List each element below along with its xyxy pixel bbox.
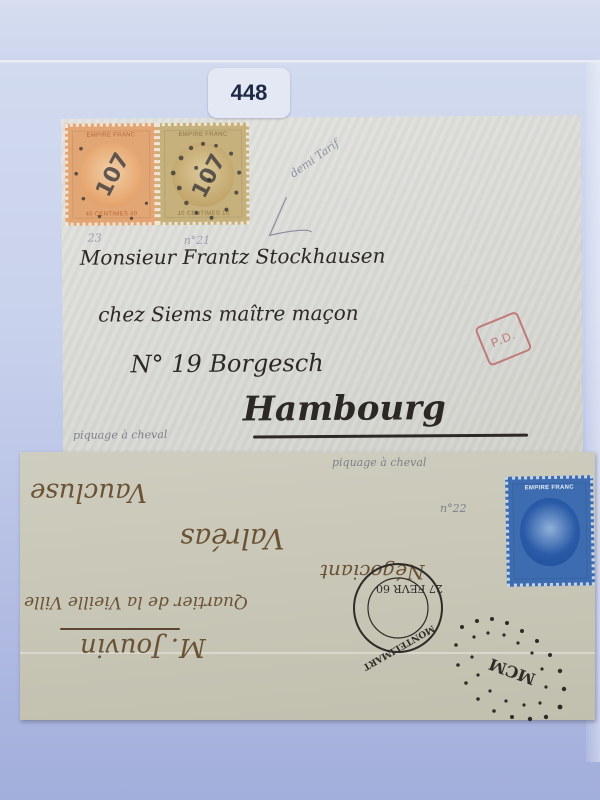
stamp-bottom-label: 40 CENTIMES 40 — [68, 211, 154, 218]
address-line-3: N° 19 Borgesch — [130, 349, 323, 378]
red-boxed-mark: P.D. — [474, 311, 533, 367]
inverted-address-line: Valréas — [180, 522, 284, 555]
stamp-bistre-10c: EMPIRE FRANC 10 CENTIMES 10 107 — [157, 123, 250, 226]
stamp-orange-40c: EMPIRE FRANC 40 CENTIMES 40 107 — [65, 123, 158, 226]
stamp-top-label: EMPIRE FRANC — [160, 132, 246, 139]
album-sleeve-top — [0, 0, 600, 63]
sleeve-edge — [0, 60, 600, 63]
inverted-address-line: M. Jouvin — [80, 632, 206, 662]
address-line-1: Monsieur Frantz Stockhausen — [80, 244, 386, 270]
stamp-blue-20c: EMPIRE FRANC — [505, 475, 595, 587]
pencil-note: 23 — [88, 232, 102, 245]
pencil-note: n°22 — [440, 502, 467, 515]
stamp-top-label: EMPIRE FRANC — [68, 132, 154, 139]
inverted-address-line: Quartier de la Vieille Ville — [24, 592, 248, 612]
city-underline — [253, 434, 528, 439]
stamp-bottom-label: 10 CENTIMES 10 — [160, 211, 246, 218]
pencil-note: piquage à cheval — [332, 456, 426, 469]
address-line-2: chez Siems maître maçon — [98, 301, 359, 327]
napoleon-portrait-icon — [520, 497, 580, 567]
postmark-date: 27 FEVR 60 — [376, 582, 443, 595]
cover-lower: piquage à cheval n°22 EMPIRE FRANC Vaucl… — [20, 452, 595, 720]
address-city: Hambourg — [243, 388, 446, 429]
cover-upper: EMPIRE FRANC 40 CENTIMES 40 107 EMPIRE F… — [61, 115, 583, 459]
pencil-note: piquage à cheval — [73, 428, 167, 442]
pencil-note: demi Tarif — [288, 137, 342, 181]
flourish-stroke — [60, 628, 180, 630]
inverted-address-line: Vaucluse — [30, 477, 147, 507]
lot-number-tag: 448 — [208, 68, 290, 118]
